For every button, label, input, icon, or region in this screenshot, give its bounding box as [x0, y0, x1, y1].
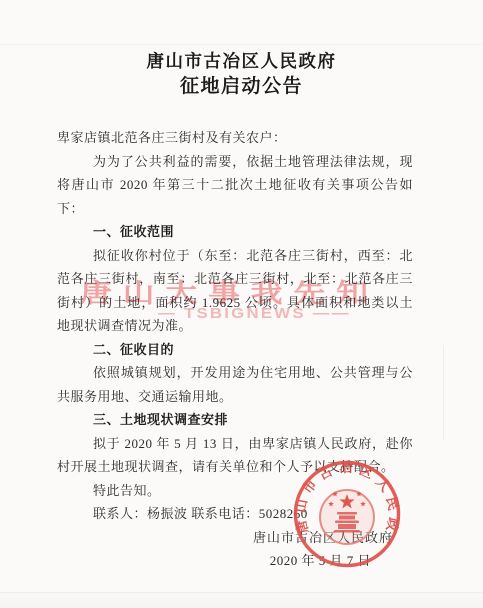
- section-2-heading: 二、征收目的: [57, 338, 413, 362]
- section-3-paragraph: 拟于 2020 年 5 月 13 日，由卑家店镇人民政府，赴你村开展土地现状调查…: [57, 432, 413, 479]
- signature-date: 2020 年 5 月 7 日: [57, 549, 413, 573]
- notice-body: 卑家店镇北范各庄三街村及有关农户： 为为了公共利益的需要，依据土地管理法律法规，…: [57, 126, 413, 573]
- signature-authority: 唐山市古冶区人民政府: [57, 526, 413, 550]
- paragraph-intro: 为为了公共利益的需要，依据土地管理法律法规，现将唐山市 2020 年第三十二批次…: [57, 150, 413, 221]
- scan-artifact-line: [0, 44, 483, 45]
- scan-edge-shadow: [0, 590, 483, 608]
- scanned-notice-page: 唐山大事我先知 — TSBIGNEWS —— 唐山市古冶区人民政府 征地启动公告…: [0, 0, 483, 608]
- scan-artifact-line: [443, 345, 444, 440]
- section-3-heading: 三、土地现状调查安排: [57, 408, 413, 432]
- document-header: 唐山市古冶区人民政府 征地启动公告: [0, 49, 483, 100]
- salutation-line: 卑家店镇北范各庄三街村及有关农户：: [57, 126, 413, 150]
- closing-line: 特此告知。: [57, 479, 413, 503]
- issuing-authority-title: 唐山市古冶区人民政府: [0, 49, 483, 74]
- notice-title: 征地启动公告: [0, 74, 483, 100]
- section-1-paragraph: 拟征收你村位于（东至：北范各庄三街村，西至：北范各庄三街村，南至：北范各庄三街村…: [57, 244, 413, 338]
- contact-line: 联系人：杨振波 联系电话：5028260: [57, 502, 413, 526]
- section-2-paragraph: 依照城镇规划，开发用途为住宅用地、公共管理与公共服务用地、交通运输用地。: [57, 361, 413, 408]
- section-1-heading: 一、征收范围: [57, 220, 413, 244]
